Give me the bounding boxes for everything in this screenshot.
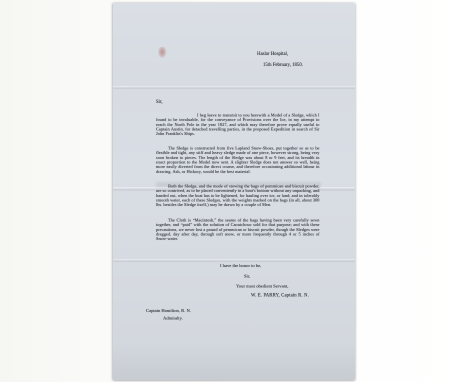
letter-paragraph: I beg leave to transmit to you herewith … (156, 113, 320, 136)
fold-crease-bottom (113, 259, 355, 262)
letter-paragraph: The Sledge is constructed from five Lapl… (156, 146, 320, 174)
letter-date: 15th February, 1850. (263, 62, 303, 68)
recipient-name: Captain Hamilton, R. N. (146, 308, 191, 313)
photograph-background: Haslar Hospital, 15th February, 1850. Si… (0, 0, 468, 382)
closing-servant-line: Your most obedient Servant, (236, 284, 288, 289)
signature-line: W. E. PARRY, Captain R. N. (251, 293, 309, 298)
letter-paragraph: The Cloth is “Macintosh,” the seams of t… (156, 218, 320, 241)
letter-place: Haslar Hospital, (257, 51, 288, 57)
letter-page: Haslar Hospital, 15th February, 1850. Si… (113, 3, 355, 380)
recipient-address: Admiralty. (163, 316, 183, 321)
closing-honor-line: I have the honor to be, (220, 263, 261, 268)
closing-sir-line: Sir, (244, 274, 250, 279)
letter-salutation: Sir, (156, 99, 163, 105)
letter-page-content: Haslar Hospital, 15th February, 1850. Si… (113, 3, 355, 380)
fold-crease-top (113, 86, 355, 89)
red-pencil-mark (158, 47, 167, 58)
letter-paragraph: Both the Sledge, and the mode of stowing… (156, 184, 320, 207)
